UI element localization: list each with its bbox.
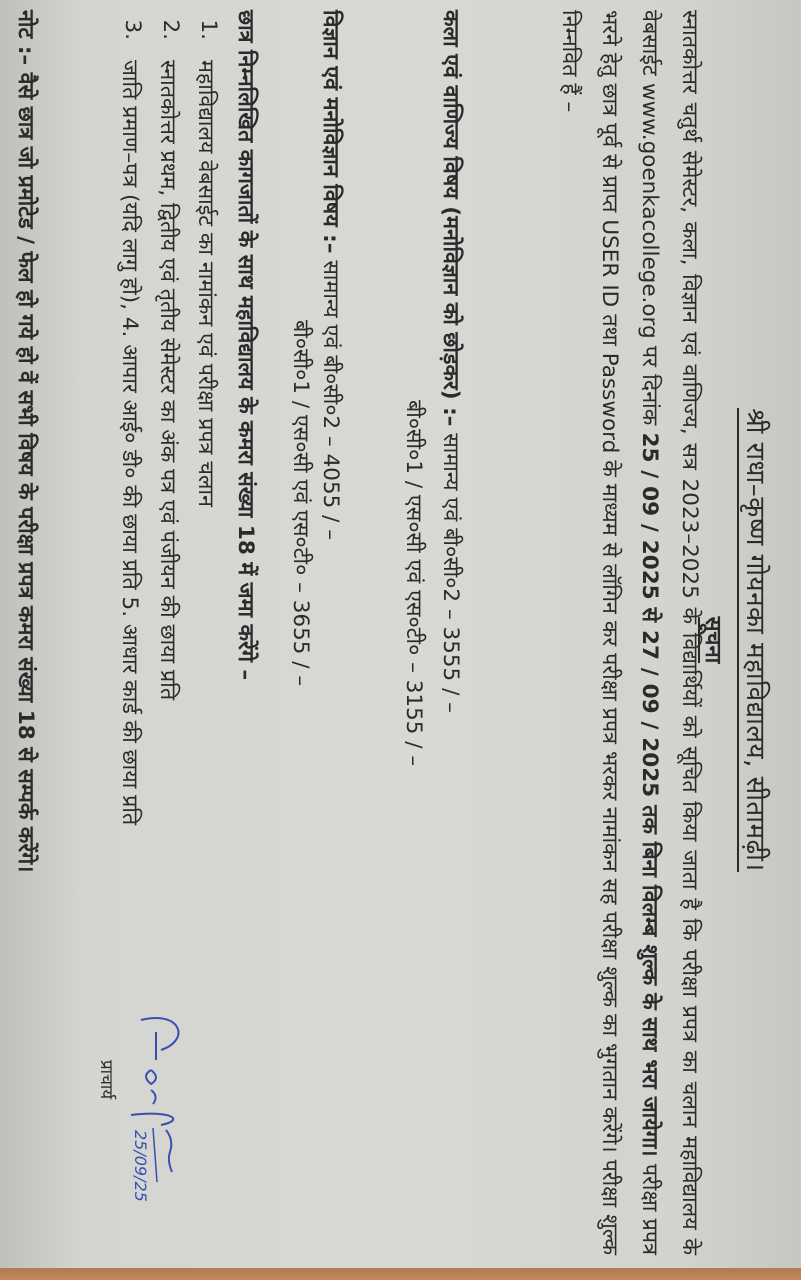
list-text: जाति प्रमाण–पत्र (यदि लागु हो), 4. आपार … [107, 60, 145, 825]
fee-science-label: विज्ञान एवं मनोविज्ञान विषय :– [318, 10, 343, 254]
college-name: श्री राधा–कृष्ण गोयनका महाविद्यालय, सीता… [739, 0, 775, 1280]
fee-arts-label: कला एवं वाणिज्य विषय (मनोविज्ञान को छोड़… [438, 10, 463, 426]
fee-science-psychology: विज्ञान एवं मनोविज्ञान विषय :– सामान्य ए… [317, 10, 346, 540]
intro-dates: 25 / 09 / 2025 से 27 / 09 / 2025 तक बिना… [637, 433, 662, 1157]
intro-paragraph: स्नातकोत्तर चतुर्थ सेमेस्टर, कला, विज्ञा… [549, 10, 709, 1255]
fee-science-reserved: बी०सी०1 / एस०सी एवं एस०टी० – 3655 / – [287, 320, 316, 686]
list-number: 3. [107, 0, 145, 60]
list-text: महाविद्यालय वेबसाईट का नामांकन एवं परीक्… [183, 60, 221, 507]
list-number: 2. [145, 0, 183, 60]
note-text: नोट :– वैसे छात्र जो प्रमोटेड / फेल हो ग… [12, 10, 41, 872]
fee-arts-reserved: बी०सी०1 / एस०सी एवं एस०टी० – 3155 / – [400, 400, 429, 766]
list-text: स्नातकोत्तर प्रथम, द्वितीय एवं तृतीय सेम… [145, 60, 183, 700]
college-name-text: श्री राधा–कृष्ण गोयनका महाविद्यालय, सीता… [737, 408, 770, 872]
list-number: 1. [183, 0, 221, 60]
fee-arts-general: सामान्य एवं बी०सी०2 – 3555 / – [438, 433, 463, 713]
fee-science-general: सामान्य एवं बी०सी०2 – 4055 / – [318, 260, 343, 540]
fee-arts-commerce: कला एवं वाणिज्य विषय (मनोविज्ञान को छोड़… [437, 10, 466, 713]
signature-date: 25/09/25 [131, 1130, 150, 1202]
notice-document: श्री राधा–कृष्ण गोयनका महाविद्यालय, सीता… [0, 0, 801, 1280]
principal-designation: प्राचार्य [96, 1060, 119, 1099]
documents-title: छात्र निम्नलिखित कागजातों के साथ महाविद्… [232, 10, 261, 680]
signature-mark: 25/09/25 [111, 1010, 201, 1210]
